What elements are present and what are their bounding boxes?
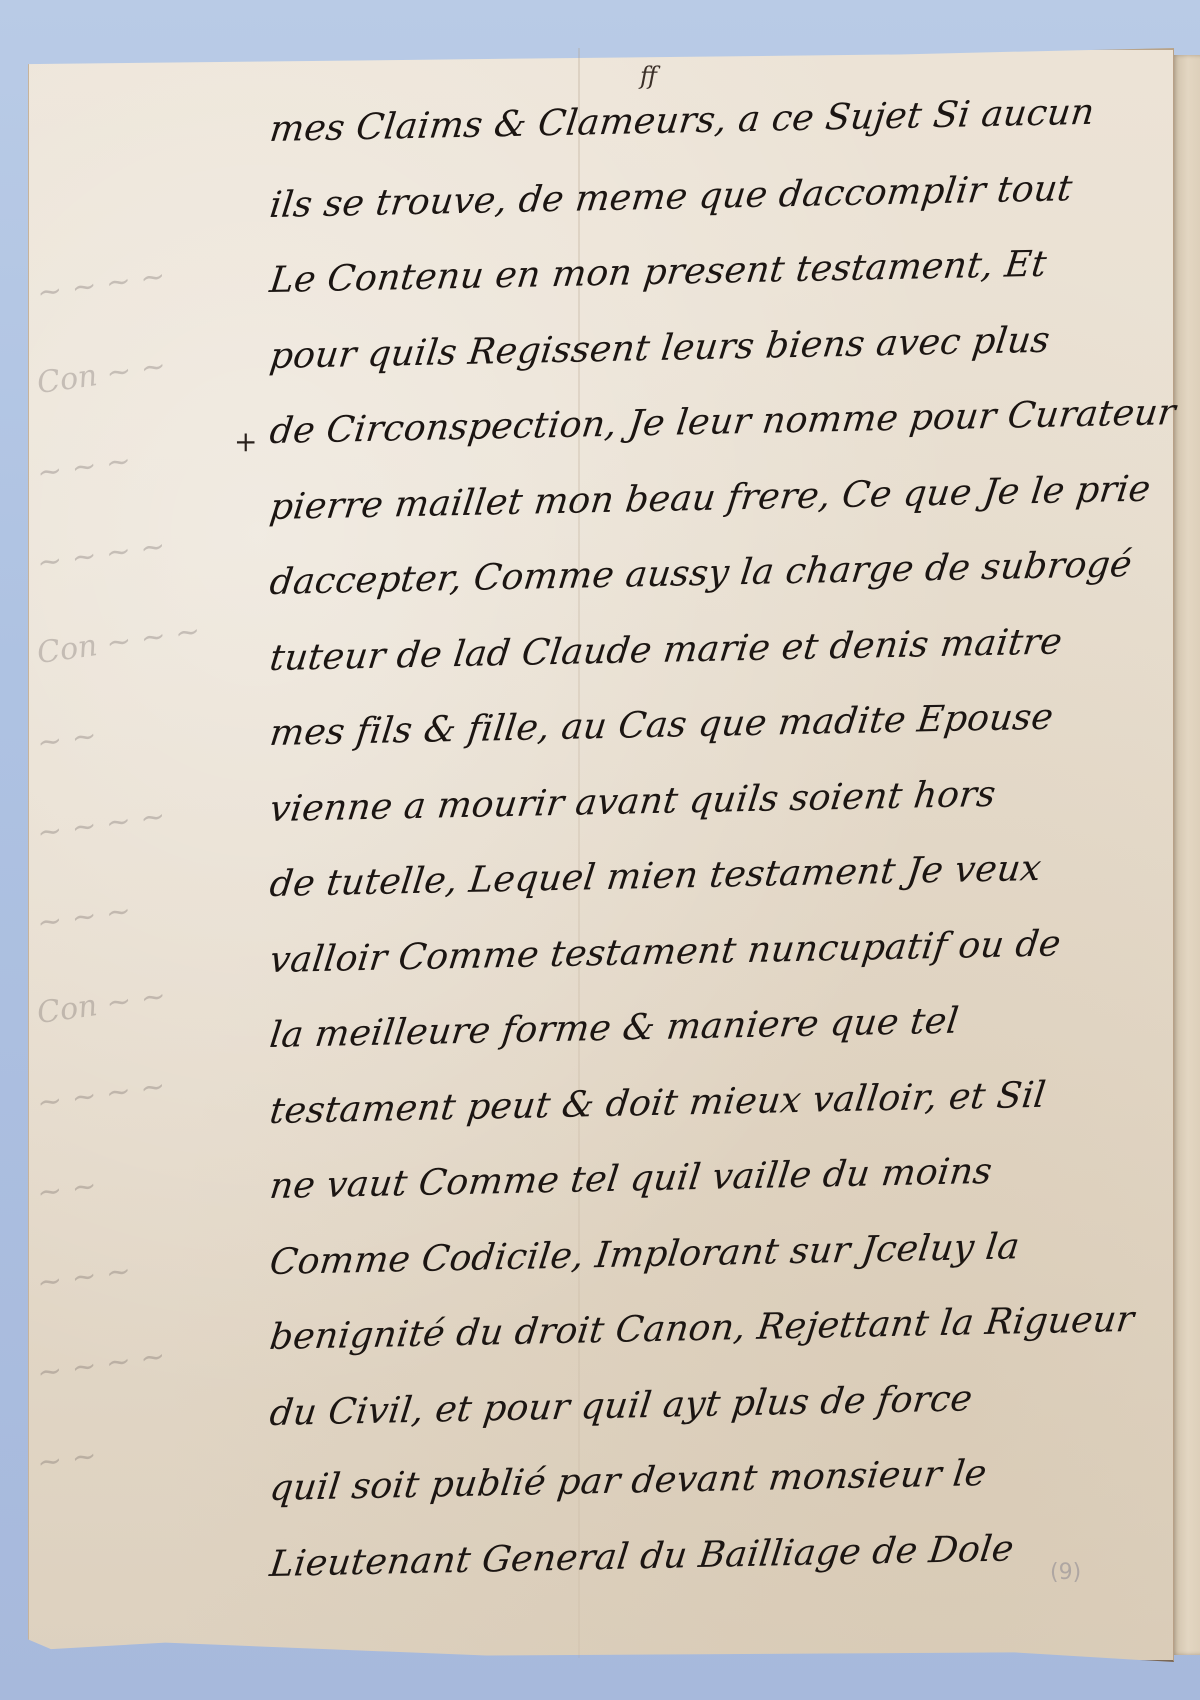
handwritten-text: mes Claims & Clameurs, a ce Sujet Si auc… — [270, 92, 1120, 1602]
underlying-page-edge — [1172, 55, 1200, 1655]
pencil-annotation: (9) — [1050, 1560, 1081, 1585]
margin-mark: + — [234, 425, 257, 458]
